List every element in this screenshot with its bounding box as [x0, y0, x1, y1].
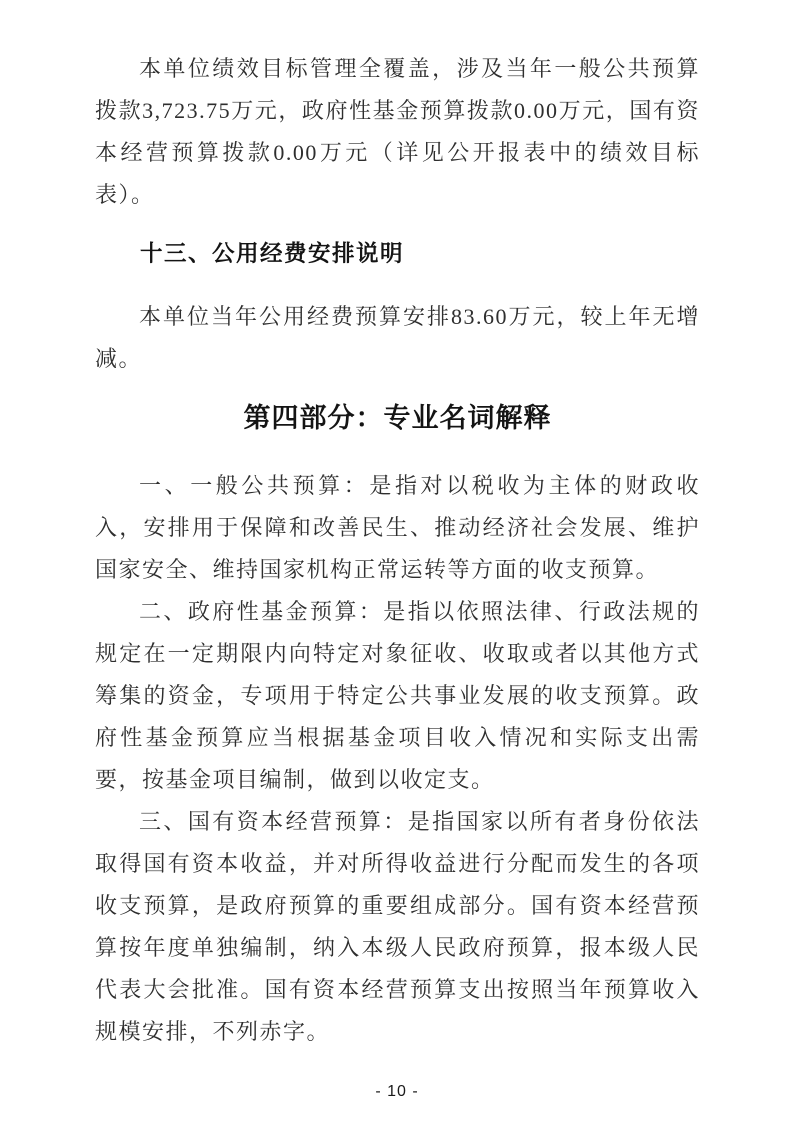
heading-part-four-glossary: 第四部分：专业名词解释: [95, 396, 700, 440]
heading-section-13-public-expense: 十三、公用经费安排说明: [95, 233, 700, 275]
document-body: 本单位绩效目标管理全覆盖，涉及当年一般公共预算拨款3,723.75万元，政府性基…: [95, 48, 700, 1053]
page-number: - 10 -: [0, 1080, 794, 1104]
paragraph-performance-targets: 本单位绩效目标管理全覆盖，涉及当年一般公共预算拨款3,723.75万元，政府性基…: [95, 48, 700, 216]
paragraph-term-government-fund-budget: 二、政府性基金预算：是指以依照法律、行政法规的规定在一定期限内向特定对象征收、收…: [95, 591, 700, 801]
paragraph-term-general-public-budget: 一、一般公共预算：是指对以税收为主体的财政收入，安排用于保障和改善民生、推动经济…: [95, 465, 700, 591]
paragraph-public-expense-note: 本单位当年公用经费预算安排83.60万元，较上年无增减。: [95, 296, 700, 380]
document-page: 本单位绩效目标管理全覆盖，涉及当年一般公共预算拨款3,723.75万元，政府性基…: [0, 0, 794, 1123]
paragraph-term-state-capital-budget: 三、国有资本经营预算：是指国家以所有者身份依法取得国有资本收益，并对所得收益进行…: [95, 801, 700, 1053]
